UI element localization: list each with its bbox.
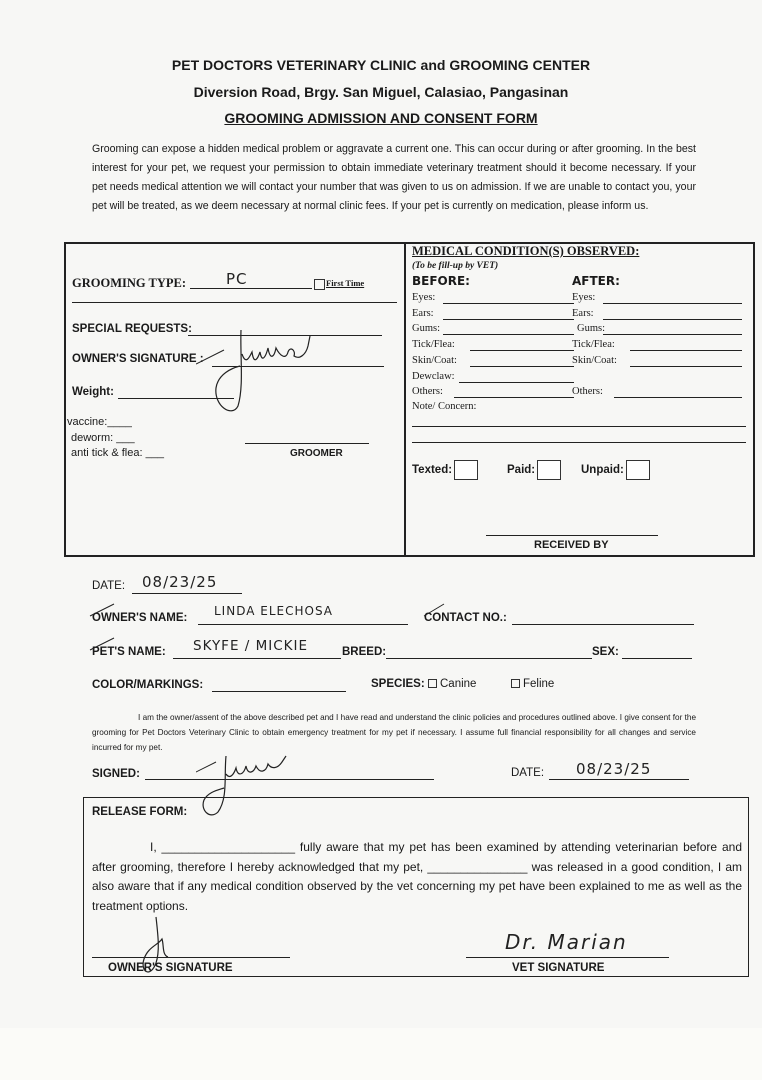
color-markings-field[interactable] [212, 691, 346, 692]
paid-checkbox[interactable]: Paid: [507, 460, 561, 480]
checkbox-icon [314, 279, 325, 290]
checkbox-icon [428, 679, 437, 688]
release-title: RELEASE FORM: [92, 806, 187, 818]
unpaid-label: Unpaid: [581, 464, 624, 476]
species-label: SPECIES: [371, 678, 425, 690]
after-field-input[interactable] [630, 350, 742, 351]
divider-line [72, 302, 397, 303]
grooming-type-field[interactable] [190, 288, 312, 289]
before-field-input[interactable] [459, 382, 574, 383]
vaccine-label: vaccine:____ [67, 416, 132, 428]
after-field-input[interactable] [630, 366, 742, 367]
paid-label: Paid: [507, 464, 535, 476]
after-field-label: Ears: [572, 308, 594, 319]
medical-title: MEDICAL CONDITION(S) OBSERVED: [412, 244, 639, 259]
grooming-type-value: PC [226, 270, 248, 288]
consent-text: I am the owner/assent of the above descr… [92, 713, 696, 752]
after-field-input[interactable] [603, 303, 742, 304]
intro-paragraph: Grooming can expose a hidden medical pro… [92, 140, 696, 216]
consent-paragraph: I am the owner/assent of the above descr… [92, 710, 696, 755]
before-heading: BEFORE: [412, 274, 470, 288]
owner-signature-label: OWNER'S SIGNATURE : [72, 353, 204, 365]
before-field-input[interactable] [443, 303, 574, 304]
received-by-label: RECEIVED BY [534, 539, 609, 551]
form-title-text: GROOMING ADMISSION AND CONSENT FORM [224, 110, 537, 126]
signed-label: SIGNED: [92, 768, 140, 780]
canine-label: Canine [440, 678, 476, 690]
checkbox-icon [511, 679, 520, 688]
box-divider [404, 242, 406, 557]
date-label: DATE: [92, 580, 125, 592]
before-field-label: Dewclaw: [412, 371, 455, 382]
after-field-label: Gums: [577, 323, 605, 334]
release-owner-signature-scribble [140, 915, 190, 985]
before-field-label: Gums: [412, 323, 440, 334]
contact-field[interactable] [512, 624, 694, 625]
clinic-address: Diversion Road, Brgy. San Miguel, Calasi… [0, 84, 762, 100]
texted-label: Texted: [412, 464, 452, 476]
sex-field[interactable] [622, 658, 692, 659]
sex-label: SEX: [592, 646, 619, 658]
before-field-input[interactable] [470, 350, 574, 351]
medical-subtitle: (To be fill-up by VET) [412, 261, 498, 271]
date-value: 08/23/25 [142, 573, 217, 591]
date-field[interactable] [132, 593, 242, 594]
species-canine-option[interactable]: Canine [428, 678, 476, 690]
before-field-label: Tick/Flea: [412, 339, 455, 350]
vet-signature-label: VET SIGNATURE [512, 962, 604, 974]
before-field-input[interactable] [443, 334, 574, 335]
consent-date-field[interactable] [549, 779, 689, 780]
after-field-input[interactable] [603, 334, 742, 335]
release-text: I, ____________________ fully aware that… [92, 840, 742, 913]
texted-checkbox[interactable]: Texted: [412, 460, 478, 480]
consent-date-label: DATE: [511, 767, 544, 779]
weight-label: Weight: [72, 386, 114, 398]
note-line-2[interactable] [412, 442, 746, 443]
anti-tick-label: anti tick & flea: ___ [71, 447, 164, 459]
before-field-label: Eyes: [412, 292, 435, 303]
after-heading: AFTER: [572, 274, 620, 288]
after-field-input[interactable] [614, 397, 742, 398]
unpaid-checkbox[interactable]: Unpaid: [581, 460, 650, 480]
paid-box[interactable] [537, 460, 561, 480]
groomer-label: GROOMER [290, 448, 343, 459]
clinic-name: PET DOCTORS VETERINARY CLINIC and GROOMI… [0, 57, 762, 73]
texted-box[interactable] [454, 460, 478, 480]
after-field-label: Tick/Flea: [572, 339, 615, 350]
before-field-input[interactable] [454, 397, 574, 398]
note-line-1[interactable] [412, 426, 746, 427]
before-field-input[interactable] [470, 366, 574, 367]
after-field-label: Others: [572, 386, 603, 397]
grooming-type-label: GROOMING TYPE: [72, 276, 186, 291]
weight-field[interactable] [118, 398, 234, 399]
unpaid-box[interactable] [626, 460, 650, 480]
vet-signature-field[interactable] [466, 957, 669, 958]
note-concern-label: Note/ Concern: [412, 401, 476, 412]
after-field-input[interactable] [603, 319, 742, 320]
groomer-signature-field[interactable] [245, 443, 369, 444]
species-feline-option[interactable]: Feline [511, 678, 554, 690]
release-owner-signature-field[interactable] [92, 957, 290, 958]
vet-signature-value: Dr. Marian [505, 930, 628, 954]
check-marks [88, 600, 448, 660]
first-time-label: First Time [326, 278, 364, 288]
feline-label: Feline [523, 678, 554, 690]
deworm-label: deworm: ___ [71, 432, 135, 444]
release-paragraph: I, ____________________ fully aware that… [92, 838, 742, 916]
received-by-field[interactable] [486, 535, 658, 536]
scan-background [0, 1028, 762, 1080]
before-field-input[interactable] [443, 319, 574, 320]
after-field-label: Skin/Coat: [572, 355, 617, 366]
first-time-checkbox[interactable]: First Time [314, 278, 364, 290]
before-field-label: Skin/Coat: [412, 355, 457, 366]
special-requests-label: SPECIAL REQUESTS: [72, 323, 192, 335]
form-title: GROOMING ADMISSION AND CONSENT FORM [0, 110, 762, 126]
owner-signature-scribble [196, 326, 326, 416]
before-field-label: Ears: [412, 308, 434, 319]
consent-date-value: 08/23/25 [576, 760, 651, 778]
color-markings-label: COLOR/MARKINGS: [92, 679, 203, 691]
after-field-label: Eyes: [572, 292, 595, 303]
before-field-label: Others: [412, 386, 443, 397]
